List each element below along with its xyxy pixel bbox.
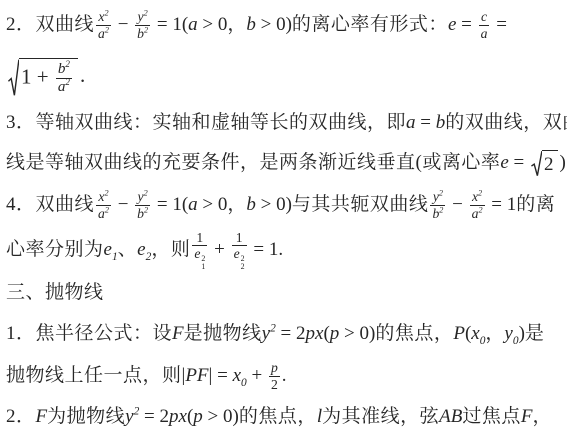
math-variable: a	[406, 112, 416, 133]
math-variable: y2	[433, 189, 443, 204]
math-run: 2	[544, 154, 554, 175]
text-run: 为其准线，弦	[322, 406, 439, 427]
text-run: 三、抛物线	[6, 282, 104, 303]
fraction: 1e21	[192, 230, 207, 272]
fraction-numerator: c	[479, 9, 489, 25]
math-run: | =	[209, 365, 233, 386]
math-variable: b	[246, 194, 256, 215]
math-variable: b2	[137, 206, 148, 221]
line-parabola-item2-focal-chord: 2．F为抛物线y2 = 2px(p > 0)的焦点，l为其准线，弦AB过焦点F，	[6, 397, 565, 435]
text-run: 与其共轭双曲线	[292, 194, 429, 215]
fraction-denominator: b2	[135, 205, 150, 222]
fraction-numerator: x2	[96, 189, 110, 205]
math-variable: AB	[439, 406, 462, 427]
math-variable: b2	[432, 206, 443, 221]
math-variable: F	[172, 323, 184, 344]
math-variable: a	[481, 26, 488, 41]
math-variable: e21	[194, 246, 205, 261]
text-run: 、	[118, 239, 138, 260]
math-run: −	[113, 194, 133, 215]
text-run: 是	[525, 323, 545, 344]
radical-sign-icon	[8, 58, 19, 97]
fraction: ca	[479, 9, 490, 41]
fraction-denominator: a2	[470, 205, 485, 222]
fraction-numerator: y2	[136, 9, 150, 25]
math-variable: e2	[137, 239, 151, 260]
math-variable: b	[246, 14, 256, 35]
fraction-denominator: e22	[232, 245, 247, 271]
fraction-denominator: a2	[56, 78, 72, 96]
math-run: +	[247, 365, 267, 386]
math-variable: p	[193, 406, 203, 427]
math-run: ，	[485, 323, 504, 344]
math-run: > 0)	[203, 406, 239, 427]
math-variable: x2	[98, 189, 108, 204]
fraction-numerator: p	[269, 360, 280, 376]
math-variable: e22	[234, 246, 245, 261]
math-variable: y2	[262, 323, 276, 344]
fraction: x2a2	[96, 189, 111, 221]
radicand: 1 + b2a2	[19, 58, 78, 97]
text-run: 过焦点	[462, 406, 521, 427]
fraction: p2	[269, 360, 280, 392]
math-run: ).	[560, 152, 567, 173]
math-run: > 0)	[256, 194, 292, 215]
math-variable: F	[521, 406, 533, 427]
line-item3-continued-perpendicular-asymptotes: 线是等轴双曲线的充要条件，是两条渐近线垂直(或离心率e = 2).	[6, 143, 565, 183]
line-item4-continued-eccentricity-sum: 心率分别为e1、e2，则1e21 + 1e22 = 1.	[6, 227, 565, 273]
fraction: y2b2	[430, 189, 445, 221]
fraction: y2b2	[135, 189, 150, 221]
radicand: 2	[542, 150, 558, 177]
math-variable: p	[330, 323, 340, 344]
line-item3-equilateral-hyperbola-definition: 3．等轴双曲线：实轴和虚轴等长的双曲线，即a = b的双曲线，双曲	[6, 103, 565, 143]
fraction-numerator: x2	[96, 9, 110, 25]
supsub-stack: 22	[241, 255, 245, 272]
math-variable: F	[36, 406, 48, 427]
math-run: 1	[236, 230, 243, 245]
math-run: =	[456, 14, 476, 35]
math-run: =	[491, 14, 506, 35]
fraction-numerator: x2	[470, 189, 484, 205]
math-run: > 0)	[339, 323, 375, 344]
text-run: 4．双曲线	[6, 194, 94, 215]
math-variable: e	[500, 152, 508, 173]
math-variable: b2	[58, 61, 70, 77]
math-run: = 2	[276, 323, 306, 344]
math-run: > 0，	[198, 194, 247, 215]
math-run: > 0)	[256, 14, 292, 35]
math-variable: x0	[233, 365, 247, 386]
text-run: 的离心率有形式：	[292, 14, 448, 35]
math-variable: e1	[104, 239, 118, 260]
fraction-numerator: y2	[136, 189, 150, 205]
fraction: y2b2	[135, 9, 150, 41]
math-run: 2	[271, 377, 278, 392]
math-run: 1	[196, 230, 203, 245]
math-variable: y2	[138, 189, 148, 204]
math-run: .	[80, 63, 85, 87]
text-run: 是抛物线	[184, 323, 262, 344]
math-run: 1 +	[21, 65, 54, 89]
fraction: x2a2	[96, 9, 111, 41]
fraction-numerator: 1	[234, 230, 245, 246]
math-run: −	[113, 14, 133, 35]
math-run: = 1	[487, 194, 517, 215]
line-item4-conjugate-hyperbola: 4．双曲线x2a2 − y2b2 = 1(a > 0，b > 0)与其共轭双曲线…	[6, 183, 565, 227]
fraction: x2a2	[470, 189, 485, 221]
text-run: ，则	[151, 239, 190, 260]
text-run: 线是等轴双曲线的充要条件，是两条渐近线垂直(或离心率	[6, 152, 500, 173]
math-variable: a	[188, 14, 198, 35]
fraction-numerator: y2	[431, 189, 445, 205]
text-run: 1．焦半径公式：设	[6, 323, 172, 344]
fraction: b2a2	[56, 61, 72, 97]
math-variable: x0	[471, 323, 485, 344]
math-run: = 1(	[152, 194, 188, 215]
text-run: 心率分别为	[6, 239, 104, 260]
line-parabola-item1-focal-radius: 1．焦半径公式：设F是抛物线y2 = 2px(p > 0)的焦点，P(x0，y0…	[6, 313, 565, 354]
radical-expression: 2	[531, 150, 558, 177]
text-run: 的双曲线，双曲	[445, 112, 567, 133]
math-variable: y2	[138, 9, 148, 24]
math-variable: a	[188, 194, 198, 215]
math-variable: px	[306, 323, 324, 344]
math-variable: y0	[504, 323, 518, 344]
math-variable: a2	[98, 26, 109, 41]
math-run: −	[447, 194, 467, 215]
text-run: 的离	[516, 194, 555, 215]
text-run: 的焦点，	[239, 406, 317, 427]
math-variable: PF	[185, 365, 208, 386]
math-variable: px	[169, 406, 187, 427]
fraction-denominator: b2	[135, 25, 150, 42]
fraction: 1e22	[232, 230, 247, 272]
document-body: 2．双曲线x2a2 − y2b2 = 1(a > 0，b > 0)的离心率有形式…	[0, 0, 567, 435]
math-run: =	[416, 112, 436, 133]
heading-section3-parabola: 三、抛物线	[6, 273, 565, 313]
text-run: ，	[532, 406, 552, 427]
radical-sign-icon	[531, 150, 542, 177]
math-variable: y2	[125, 406, 139, 427]
math-variable: a2	[472, 206, 483, 221]
fraction-denominator: a2	[96, 205, 111, 222]
math-run: > 0，	[198, 14, 247, 35]
line-parabola-item1-continued-pf-formula: 抛物线上任一点，则|PF| = x0 + p2.	[6, 354, 565, 397]
math-variable: p	[271, 360, 278, 375]
math-variable: x2	[98, 9, 108, 24]
fraction-denominator: a2	[96, 25, 111, 42]
fraction-denominator: 2	[269, 376, 280, 393]
text-run: 3．等轴双曲线：实轴和虚轴等长的双曲线，即	[6, 112, 406, 133]
math-variable: x2	[472, 189, 482, 204]
math-run: = 2	[139, 406, 169, 427]
math-run: =	[509, 152, 529, 173]
fraction-numerator: 1	[194, 230, 205, 246]
math-run: +	[209, 239, 229, 260]
math-variable: c	[481, 9, 487, 24]
math-run: .	[282, 365, 287, 386]
line-item2-hyperbola-eccentricity-forms: 2．双曲线x2a2 − y2b2 = 1(a > 0，b > 0)的离心率有形式…	[6, 3, 565, 47]
fraction-denominator: a	[479, 25, 490, 42]
supsub-stack: 21	[201, 255, 205, 272]
line-item2-eccentricity-sqrt-formula: 1 + b2a2.	[6, 47, 565, 103]
math-run: = 1(	[152, 14, 188, 35]
radical-expression: 1 + b2a2	[8, 58, 78, 97]
fraction-denominator: b2	[430, 205, 445, 222]
text-run: 2．双曲线	[6, 14, 94, 35]
math-variable: a2	[58, 79, 70, 95]
math-variable: P	[453, 323, 465, 344]
math-variable: b2	[137, 26, 148, 41]
text-run: 的焦点，	[375, 323, 453, 344]
text-run: 为抛物线	[47, 406, 125, 427]
text-run: 抛物线上任一点，则	[6, 365, 182, 386]
math-run: = 1.	[249, 239, 283, 260]
fraction-denominator: e21	[192, 245, 207, 271]
math-variable: b	[436, 112, 446, 133]
fraction-numerator: b2	[56, 61, 72, 78]
text-run: 2．	[6, 406, 36, 427]
math-variable: a2	[98, 206, 109, 221]
